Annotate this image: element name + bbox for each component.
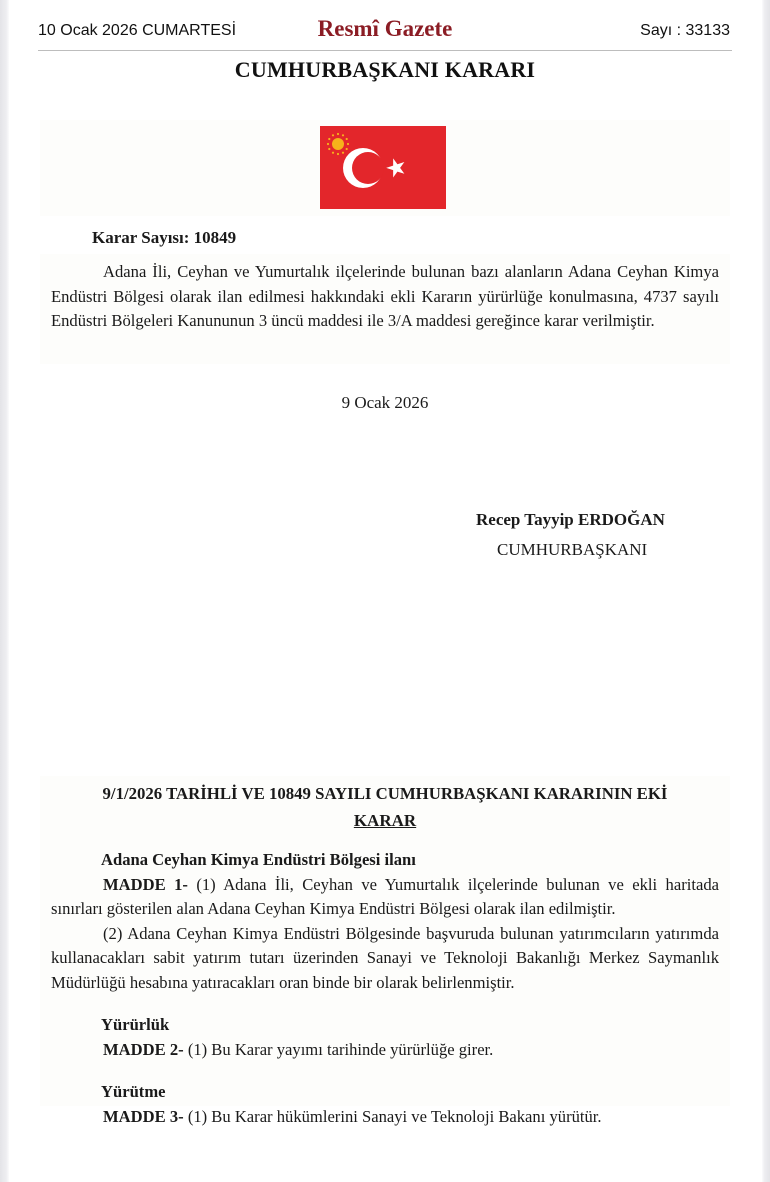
intro-paragraph: Adana İli, Ceyhan ve Yumurtalık ilçeleri… (51, 260, 719, 334)
article-2-text-1: (1) Bu Karar yayımı tarihinde yürürlüğe … (188, 1040, 494, 1059)
article-1-paragraph-2: (2) Adana Ceyhan Kimya Endüstri Bölgesin… (51, 922, 719, 996)
article-3-text-1: (1) Bu Karar hükümlerini Sanayi ve Tekno… (188, 1107, 602, 1126)
annex-subtitle: KARAR (0, 811, 770, 831)
decision-date: 9 Ocak 2026 (0, 393, 770, 413)
article-1-label: MADDE 1- (103, 875, 188, 894)
document-title: CUMHURBAŞKANI KARARI (0, 57, 770, 83)
article-3-heading: Yürütme (51, 1080, 719, 1105)
decision-number: Karar Sayısı: 10849 (92, 228, 236, 248)
presidential-flag-icon (320, 126, 446, 209)
spacer (51, 995, 719, 1013)
article-2-label: MADDE 2- (103, 1040, 184, 1059)
annex-articles: Adana Ceyhan Kimya Endüstri Bölgesi ilan… (51, 848, 719, 1129)
article-3-label: MADDE 3- (103, 1107, 184, 1126)
article-2-heading: Yürürlük (51, 1013, 719, 1038)
page-edge-left (0, 0, 9, 1182)
article-1-paragraph-1: MADDE 1- (1) Adana İli, Ceyhan ve Yumurt… (51, 873, 719, 922)
issue-number: Sayı : 33133 (640, 22, 730, 40)
flag-graphic (320, 126, 446, 209)
gazette-masthead: 10 Ocak 2026 CUMARTESİ Resmî Gazete Sayı… (38, 16, 732, 51)
signer-title: CUMHURBAŞKANI (497, 540, 647, 560)
article-2-paragraph-1: MADDE 2- (1) Bu Karar yayımı tarihinde y… (51, 1038, 719, 1063)
gazette-title: Resmî Gazete (38, 16, 732, 42)
spacer (51, 1062, 719, 1080)
annex-title: 9/1/2026 TARİHLİ VE 10849 SAYILI CUMHURB… (0, 784, 770, 804)
signer-name: Recep Tayyip ERDOĞAN (476, 510, 665, 530)
article-3-paragraph-1: MADDE 3- (1) Bu Karar hükümlerini Sanayi… (51, 1105, 719, 1130)
article-1-heading: Adana Ceyhan Kimya Endüstri Bölgesi ilan… (51, 848, 719, 873)
page-edge-right (762, 0, 770, 1182)
